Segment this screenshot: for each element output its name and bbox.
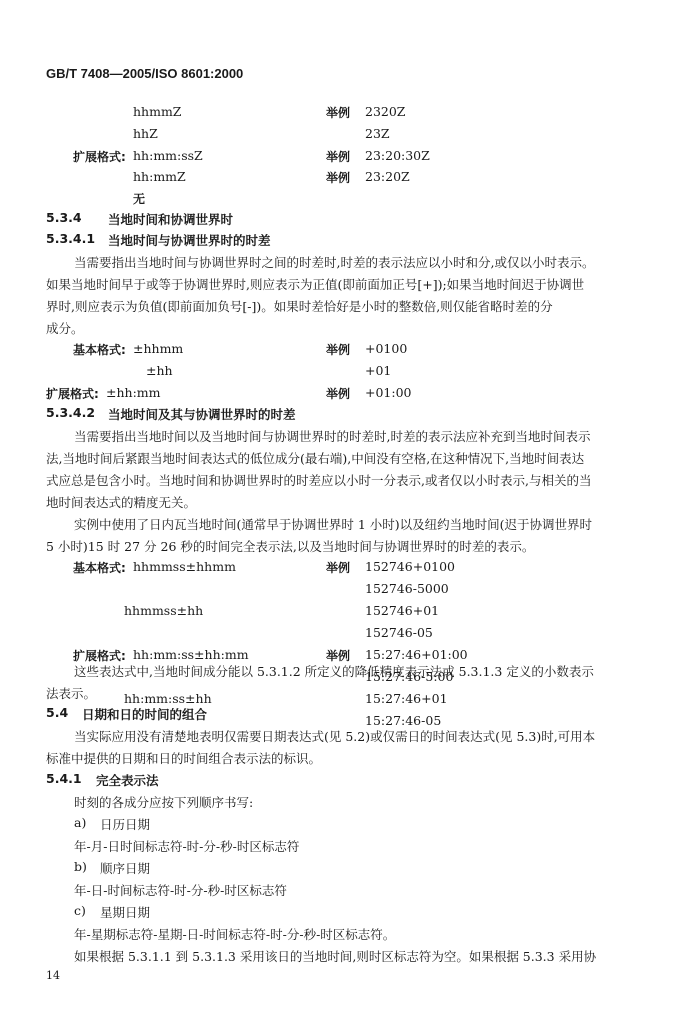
example-label: 举例	[326, 341, 350, 358]
list-key: c)	[74, 903, 86, 918]
format: ±hh:mm	[106, 385, 161, 400]
format: hh:mm:ss±hh	[124, 691, 212, 706]
list-item-name: 日历日期	[100, 815, 150, 833]
list-item-sequence: 年-星期标志符-星期-日-时间标志符-时-分-秒-时区标志符。	[74, 925, 395, 943]
section-number: 5.4.1	[46, 771, 82, 786]
paragraph-line: 地时间表达式的精度无关。	[46, 493, 196, 511]
paragraph-line: 当需要指出当地时间以及当地时间与协调世界时的时差时,时差的表示法应补充到当地时间…	[74, 427, 590, 445]
list-key: a)	[74, 815, 86, 830]
paragraph-line: 式应总是包含小时。当地时间和协调世界时的时差应以小时一分表示,或者仅以小时表示,…	[46, 471, 591, 489]
paragraph-line: 如果当地时间早于或等于协调世界时,则应表示为正值(即前面加正号[+]);如果当地…	[46, 275, 584, 293]
format: ±hhmm	[133, 341, 183, 356]
example: +01:00	[365, 385, 412, 400]
section-number: 5.3.4.2	[46, 405, 95, 420]
section-title: 完全表示法	[96, 771, 159, 789]
paragraph-line: 法,当地时间后紧跟当地时间表达式的低位成分(最右端),中间没有空格,在这种情况下…	[46, 449, 584, 467]
list-item-sequence: 年-日-时间标志符-时-分-秒-时区标志符	[74, 881, 287, 899]
paragraph-line: 这些表达式中,当地时间成分能以 5.3.1.2 所定义的降低精度表示法或 5.3…	[74, 662, 594, 680]
list-item-name: 星期日期	[100, 903, 150, 921]
example-label: 举例	[326, 148, 350, 165]
paragraph-line: 时刻的各成分应按下列顺序书写:	[74, 793, 253, 811]
format-label: 扩展格式:	[46, 385, 99, 402]
example: 15:27:46+01	[365, 691, 448, 706]
example: 2320Z	[365, 104, 406, 119]
example: 15:27:46-05	[365, 713, 441, 728]
section-number: 5.3.4	[46, 210, 82, 225]
format: hh:mm:ssZ	[133, 148, 203, 163]
example: +01	[365, 363, 391, 378]
format: hh:mmZ	[133, 169, 186, 184]
example-label: 举例	[326, 104, 350, 121]
format: hh:mm:ss±hh:mm	[133, 647, 249, 662]
format: hhmmss±hhmm	[133, 559, 236, 574]
paragraph-line: 界时,则应表示为负值(即前面加负号[-])。如果时差恰好是小时的整数倍,则仅能省…	[46, 297, 553, 315]
section-title: 当地时间和协调世界时	[108, 210, 233, 228]
section-title: 当地时间及其与协调世界时的时差	[108, 405, 296, 423]
paragraph-line: 当需要指出当地时间与协调世界时之间的时差时,时差的表示法应以小时和分,或仅以小时…	[74, 253, 594, 271]
format-label: 基本格式:	[73, 559, 126, 576]
format-label: 基本格式:	[73, 341, 126, 358]
list-key: b)	[74, 859, 87, 874]
example: 152746+0100	[365, 559, 455, 574]
section-title: 当地时间与协调世界时的时差	[108, 231, 271, 249]
example-label: 举例	[326, 169, 350, 186]
example: 23:20Z	[365, 169, 410, 184]
format: ±hh	[146, 363, 173, 378]
example: 23:20:30Z	[365, 148, 430, 163]
example: 23Z	[365, 126, 390, 141]
section-number: 5.3.4.1	[46, 231, 95, 246]
paragraph-line: 成分。	[46, 319, 84, 337]
page-number: 14	[46, 969, 60, 982]
list-item-name: 顺序日期	[100, 859, 150, 877]
paragraph-line: 标准中提供的日期和日的时间组合表示法的标识。	[46, 749, 321, 767]
paragraph-line: 实例中使用了日内瓦当地时间(通常早于协调世界时 1 小时)以及纽约当地时间(迟于…	[74, 515, 592, 533]
paragraph-line: 法表示。	[46, 684, 96, 702]
example-label: 举例	[326, 559, 350, 576]
format: hhmmZ	[133, 104, 182, 119]
paragraph-line: 当实际应用没有清楚地表明仅需要日期表达式(见 5.2)或仅需日的时间表达式(见 …	[74, 727, 595, 745]
format: hhmmss±hh	[124, 603, 203, 618]
format: 无	[133, 190, 145, 207]
list-item-sequence: 年-月-日时间标志符-时-分-秒-时区标志符	[74, 837, 299, 855]
example: 152746-05	[365, 625, 433, 640]
format-label: 扩展格式:	[73, 148, 126, 165]
example: +0100	[365, 341, 407, 356]
example: 15:27:46+01:00	[365, 647, 468, 662]
example: 152746+01	[365, 603, 439, 618]
paragraph-line: 如果根据 5.3.1.1 到 5.3.1.3 采用该日的当地时间,则时区标志符为…	[74, 947, 596, 965]
format: hhZ	[133, 126, 158, 141]
example-label: 举例	[326, 385, 350, 402]
document-header: GB/T 7408—2005/ISO 8601:2000	[46, 66, 243, 81]
section-title: 日期和日的时间的组合	[82, 705, 207, 723]
paragraph-line: 5 小时)15 时 27 分 26 秒的时间完全表示法,以及当地时间与协调世界时…	[46, 537, 534, 555]
section-number: 5.4	[46, 705, 68, 720]
example: 152746-5000	[365, 581, 449, 596]
